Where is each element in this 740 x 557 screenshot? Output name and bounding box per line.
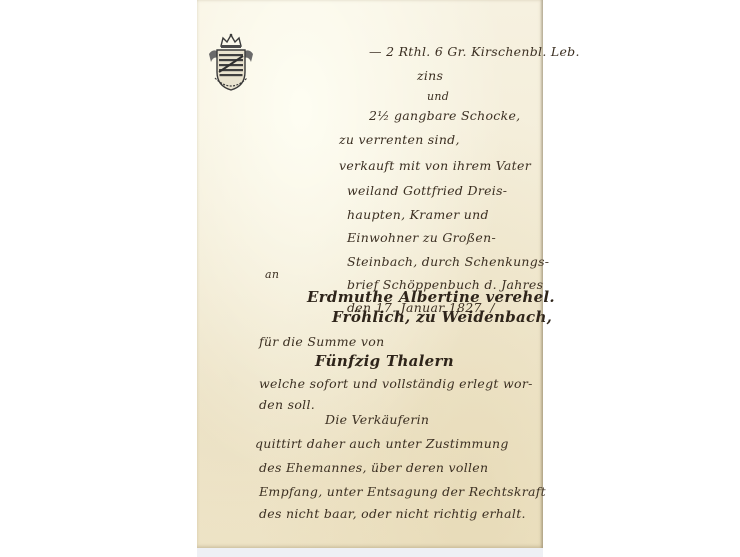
text-line: 2½ gangbare Schocke, <box>369 108 520 123</box>
manuscript-page: — 2 Rthl. 6 Gr. Kirschenbl. Leb. zins un… <box>197 0 543 548</box>
text-line: weiland Gottfried Dreis- <box>347 183 507 198</box>
viewer-bottom-strip <box>197 548 543 557</box>
text-line: quittirt daher auch unter Zustimmung <box>255 436 509 451</box>
text-line: Empfang, unter Entsagung der Rechtskraft <box>259 484 546 499</box>
text-line: für die Summe von <box>259 334 384 349</box>
coat-of-arms-icon <box>203 32 259 94</box>
text-line: welche sofort und vollständig erlegt wor… <box>259 376 533 391</box>
text-line: des nicht baar, oder nicht richtig erhal… <box>259 506 526 521</box>
recipient-surname: Fröhlich, zu Weidenbach, <box>332 308 552 326</box>
text-line: Einwohner zu Großen- <box>347 230 496 245</box>
text-line: zins <box>417 68 443 83</box>
text-line: des Ehemannes, über deren vollen <box>259 460 488 475</box>
text-line: haupten, Kramer und <box>347 207 489 222</box>
text-line: Steinbach, durch Schenkungs- <box>347 254 549 269</box>
amount-text: Fünfzig Thalern <box>315 352 454 370</box>
text-line: zu verrenten sind, <box>339 132 460 147</box>
text-line: den soll. <box>259 397 315 412</box>
viewer-background: — 2 Rthl. 6 Gr. Kirschenbl. Leb. zins un… <box>0 0 740 557</box>
text-line: — 2 Rthl. 6 Gr. Kirschenbl. Leb. <box>369 44 580 59</box>
text-line: und <box>427 90 449 103</box>
section-heading: Die Verkäuferin <box>325 412 429 427</box>
recipient-name: Erdmuthe Albertine verehel. <box>307 288 555 306</box>
text-line: verkauft mit von ihrem Vater <box>339 158 531 173</box>
text-line: an <box>265 268 279 281</box>
